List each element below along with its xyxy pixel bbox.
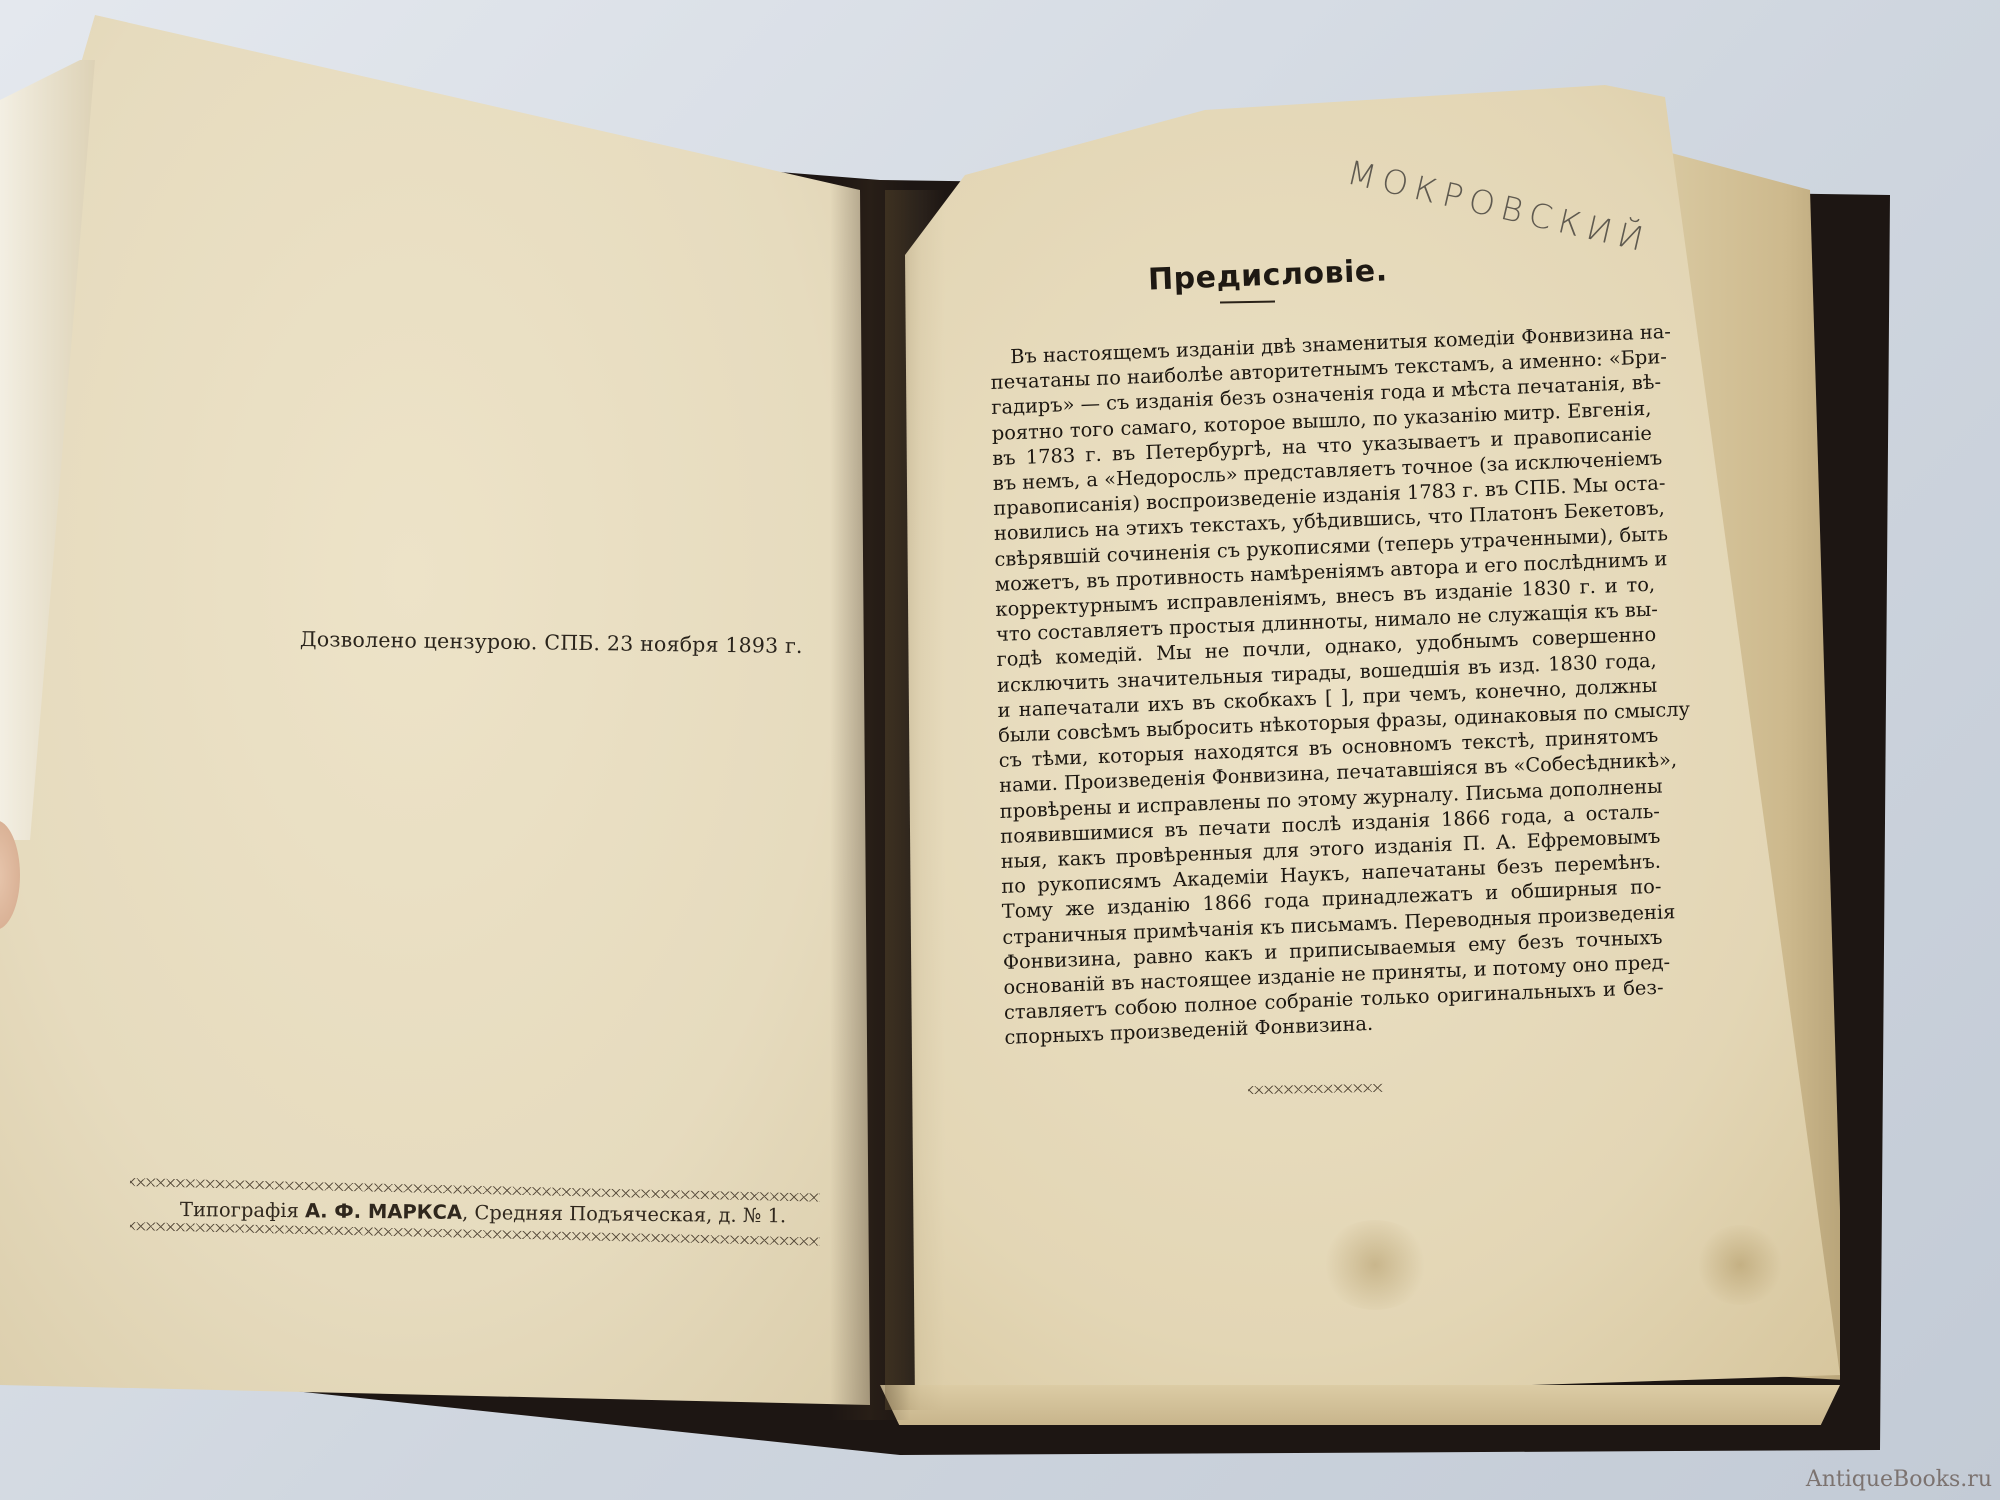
foxing-spot (1695, 1225, 1785, 1305)
watermark: AntiqueBooks.ru (1806, 1467, 1992, 1492)
foxing-spot (1320, 1220, 1430, 1310)
spine-shadow (830, 180, 910, 1420)
preface-paragraph: Въ настоящемъ изданіи двѣ знаменитыя ком… (990, 320, 1664, 1051)
printer-prefix: Типографія (180, 1198, 305, 1222)
printer-name: А. Ф. МАРКСА (305, 1199, 462, 1224)
page-block-bottom (880, 1385, 1840, 1425)
printer-address: , Средняя Подъяческая, д. № 1. (462, 1201, 786, 1227)
